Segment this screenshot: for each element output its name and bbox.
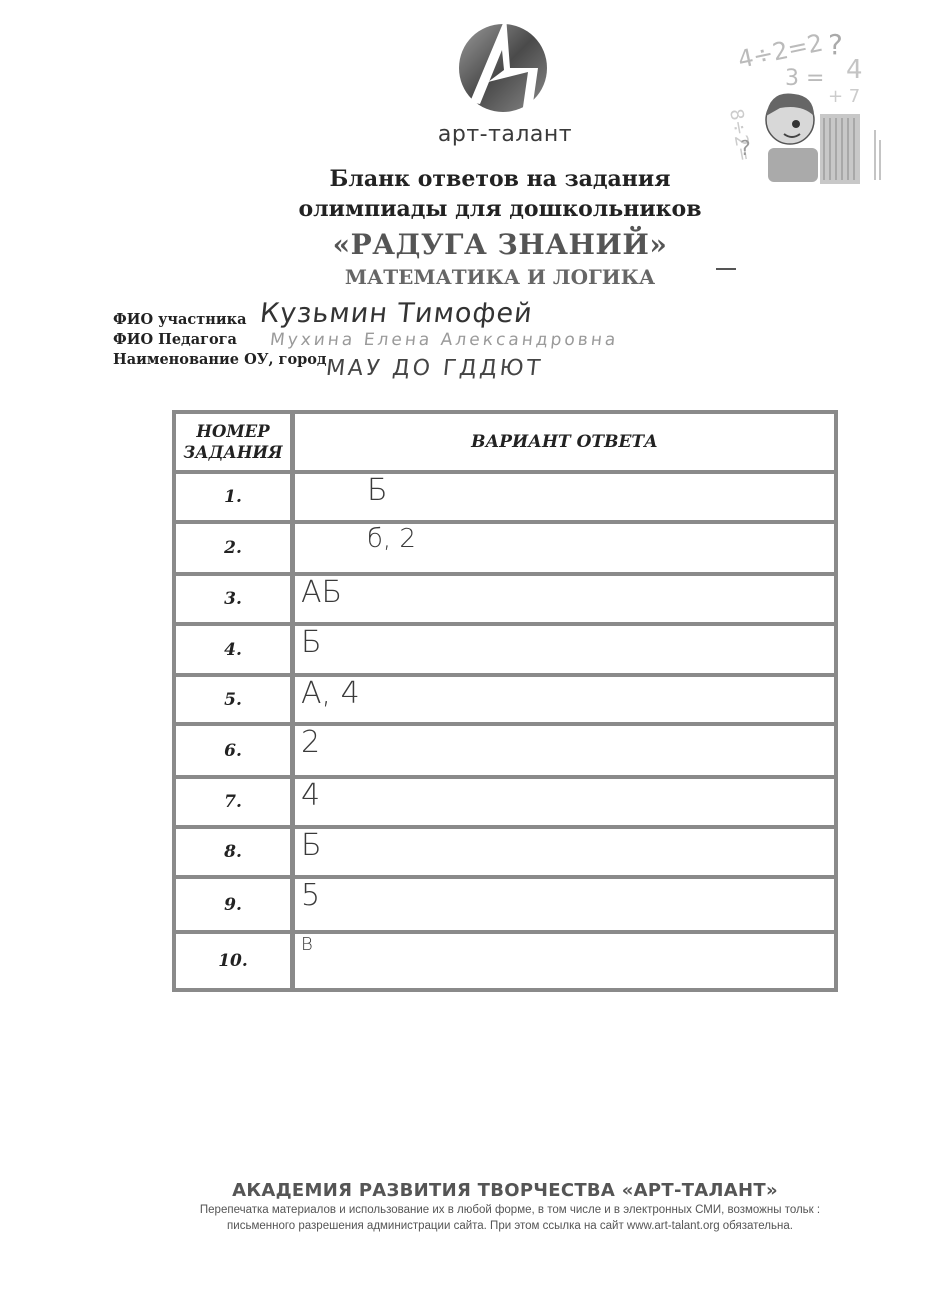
answer-value: Б xyxy=(367,476,388,506)
footer-note-line-1: Перепечатка материалов и использование и… xyxy=(130,1204,890,1216)
stray-mark xyxy=(716,268,736,270)
answer-value: 5 xyxy=(301,881,320,911)
answer-value: б, 2 xyxy=(367,526,416,552)
answer-value: 2 xyxy=(301,728,320,758)
table-row: 5. А, 4 xyxy=(176,677,834,726)
table-row: 7. 4 xyxy=(176,779,834,829)
table-row: 4. Б xyxy=(176,626,834,677)
teacher-name-field[interactable]: Мухина Елена Александровна xyxy=(269,330,619,350)
table-row: 9. 5 xyxy=(176,879,834,934)
table-row: 3. АБ xyxy=(176,576,834,626)
logo-text: арт-талант xyxy=(400,122,610,147)
title-line-1: Бланк ответов на задания xyxy=(240,166,760,192)
svg-text:4: 4 xyxy=(846,55,863,85)
answer-cell[interactable]: Б xyxy=(295,474,834,520)
teacher-name-label: ФИО Педагога xyxy=(113,331,237,348)
task-number: 8. xyxy=(176,829,295,875)
table-row: 2. б, 2 xyxy=(176,524,834,576)
title-line-2: олимпиады для дошкольников xyxy=(240,196,760,222)
svg-text:3 =: 3 = xyxy=(785,66,824,91)
footer-note-line-2: письменного разрешения администрации сай… xyxy=(130,1220,890,1232)
svg-text:?: ? xyxy=(740,136,751,160)
table-row: 8. Б xyxy=(176,829,834,879)
subject-title: МАТЕМАТИКА И ЛОГИКА xyxy=(240,265,760,289)
answer-value: В xyxy=(301,936,313,954)
answer-table: НОМЕР ЗАДАНИЯ ВАРИАНТ ОТВЕТА 1. Б 2. б, … xyxy=(172,410,838,992)
task-number: 5. xyxy=(176,677,295,722)
answer-cell[interactable]: А, 4 xyxy=(295,677,834,722)
school-city-label: Наименование ОУ, город xyxy=(113,351,327,368)
task-number: 3. xyxy=(176,576,295,622)
olympiad-name: «РАДУГА ЗНАНИЙ» xyxy=(240,228,760,261)
answer-cell[interactable]: 5 xyxy=(295,879,834,930)
task-number: 6. xyxy=(176,726,295,775)
answer-value: 4 xyxy=(301,781,320,811)
task-number: 4. xyxy=(176,626,295,673)
answer-cell[interactable]: АБ xyxy=(295,576,834,622)
task-number: 1. xyxy=(176,474,295,520)
answer-cell[interactable]: В xyxy=(295,934,834,988)
answer-cell[interactable]: 2 xyxy=(295,726,834,775)
art-talant-logo-icon xyxy=(458,10,548,120)
answer-value: Б xyxy=(301,628,322,658)
table-row: 10. В xyxy=(176,934,834,988)
answer-cell[interactable]: б, 2 xyxy=(295,524,834,572)
participant-name-label: ФИО участника xyxy=(113,311,246,328)
answer-value: АБ xyxy=(301,578,342,608)
answer-cell[interactable]: Б xyxy=(295,829,834,875)
footer-title: АКАДЕМИЯ РАЗВИТИЯ ТВОРЧЕСТВА «АРТ-ТАЛАНТ… xyxy=(140,1180,870,1201)
answer-cell[interactable]: 4 xyxy=(295,779,834,825)
task-number-header: НОМЕР ЗАДАНИЯ xyxy=(176,414,295,470)
svg-text:?: ? xyxy=(828,30,843,61)
task-number: 2. xyxy=(176,524,295,572)
table-row: 6. 2 xyxy=(176,726,834,779)
task-number: 10. xyxy=(176,934,295,988)
table-header-row: НОМЕР ЗАДАНИЯ ВАРИАНТ ОТВЕТА xyxy=(176,414,834,474)
answer-header: ВАРИАНТ ОТВЕТА xyxy=(295,414,834,470)
task-number: 9. xyxy=(176,879,295,930)
task-number: 7. xyxy=(176,779,295,825)
answer-value: А, 4 xyxy=(301,679,360,709)
task-number-header-line2: ЗАДАНИЯ xyxy=(183,442,282,463)
svg-text:+ 7: + 7 xyxy=(828,86,860,107)
participant-name-field[interactable]: Кузьмин Тимофей xyxy=(258,298,534,329)
task-number-header-line1: НОМЕР xyxy=(196,421,269,442)
answer-value: Б xyxy=(301,831,322,861)
school-city-field[interactable]: МАУ ДО ГДДЮТ xyxy=(325,356,545,381)
answer-cell[interactable]: Б xyxy=(295,626,834,673)
table-row: 1. Б xyxy=(176,474,834,524)
